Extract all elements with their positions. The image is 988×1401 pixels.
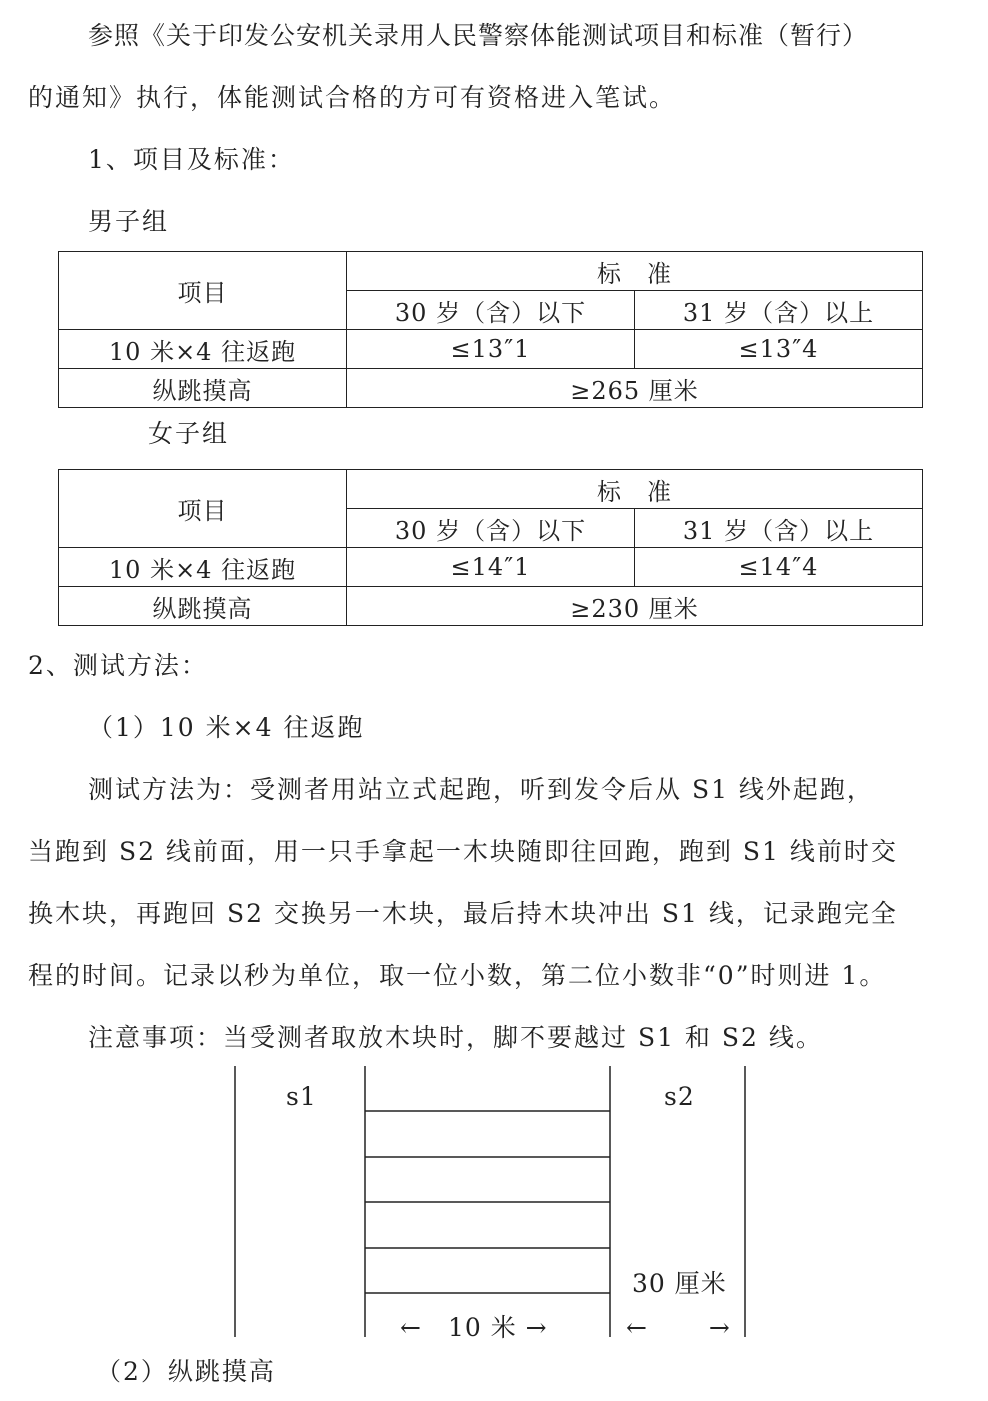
row-item: 10 米×4 往返跑 bbox=[59, 330, 347, 369]
row-item: 纵跳摸高 bbox=[59, 587, 347, 626]
header-standard: 标 准 bbox=[347, 252, 923, 291]
section2-heading: 2、测试方法： bbox=[28, 646, 208, 682]
diagram-label-width-arrows: ← → bbox=[626, 1308, 731, 1344]
female-group-label: 女子组 bbox=[148, 414, 229, 450]
subheader-over-31: 31 岁（含）以上 bbox=[635, 509, 923, 548]
subheader-under-30: 30 岁（含）以下 bbox=[347, 509, 635, 548]
note-line: 注意事项：当受测者取放木块时，脚不要越过 S1 和 S2 线。 bbox=[88, 1018, 823, 1054]
paragraph-line-1: 测试方法为：受测者用站立式起跑，听到发令后从 S1 线外起跑， bbox=[88, 770, 874, 806]
subheader-under-30: 30 岁（含）以下 bbox=[347, 291, 635, 330]
sub2-heading: （2）纵跳摸高 bbox=[96, 1352, 276, 1388]
header-item: 项目 bbox=[59, 252, 347, 330]
table-row: 10 米×4 往返跑 ≤13″1 ≤13″4 bbox=[59, 330, 923, 369]
row-merged-value: ≥230 厘米 bbox=[347, 587, 923, 626]
header-item: 项目 bbox=[59, 470, 347, 548]
diagram-label-distance: ← 10 米 → bbox=[400, 1308, 548, 1344]
row-merged-value: ≥265 厘米 bbox=[347, 369, 923, 408]
table-row: 纵跳摸高 ≥230 厘米 bbox=[59, 587, 923, 626]
table-row: 10 米×4 往返跑 ≤14″1 ≤14″4 bbox=[59, 548, 923, 587]
diagram-label-width: 30 厘米 bbox=[632, 1264, 727, 1300]
section1-heading: 1、项目及标准： bbox=[88, 140, 295, 176]
header-standard: 标 准 bbox=[347, 470, 923, 509]
row-value-under-30: ≤13″1 bbox=[347, 330, 635, 369]
diagram-label-s1: s1 bbox=[286, 1082, 317, 1111]
female-standards-table: 项目 标 准 30 岁（含）以下 31 岁（含）以上 10 米×4 往返跑 ≤1… bbox=[58, 469, 923, 626]
table-row: 纵跳摸高 ≥265 厘米 bbox=[59, 369, 923, 408]
diagram-label-s2: s2 bbox=[664, 1082, 695, 1111]
intro-line-1: 参照《关于印发公安机关录用人民警察体能测试项目和标准（暂行） bbox=[88, 16, 868, 52]
paragraph-line-4: 程的时间。记录以秒为单位，取一位小数，第二位小数非“0”时则进 1。 bbox=[28, 956, 886, 992]
intro-line-2: 的通知》执行，体能测试合格的方可有资格进入笔试。 bbox=[28, 78, 676, 114]
row-value-over-31: ≤13″4 bbox=[635, 330, 923, 369]
row-item: 10 米×4 往返跑 bbox=[59, 548, 347, 587]
row-value-under-30: ≤14″1 bbox=[347, 548, 635, 587]
row-item: 纵跳摸高 bbox=[59, 369, 347, 408]
male-group-label: 男子组 bbox=[88, 202, 169, 238]
paragraph-line-3: 换木块，再跑回 S2 交换另一木块，最后持木块冲出 S1 线，记录跑完全 bbox=[28, 894, 898, 930]
sub1-heading: （1）10 米×4 往返跑 bbox=[88, 708, 364, 744]
male-standards-table: 项目 标 准 30 岁（含）以下 31 岁（含）以上 10 米×4 往返跑 ≤1… bbox=[58, 251, 923, 408]
subheader-over-31: 31 岁（含）以上 bbox=[635, 291, 923, 330]
paragraph-line-2: 当跑到 S2 线前面，用一只手拿起一木块随即往回跑，跑到 S1 线前时交 bbox=[28, 832, 898, 868]
row-value-over-31: ≤14″4 bbox=[635, 548, 923, 587]
